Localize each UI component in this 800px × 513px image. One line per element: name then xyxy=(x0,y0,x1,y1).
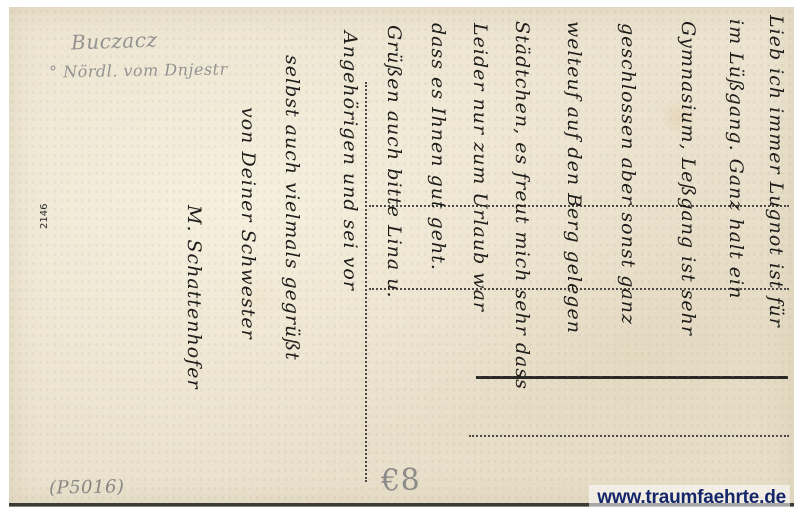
handwritten-line: Gymnasium, Leßgang ist sehr xyxy=(677,21,699,336)
printed-card-number: 2146 xyxy=(39,204,50,229)
postcard-back: Buczacz ° Nördl. vom Dnjestr 2146 Lieb i… xyxy=(9,7,794,506)
handwritten-line: von Deiner Schwester xyxy=(237,107,259,340)
pencil-reference-number: (P5016) xyxy=(49,476,125,498)
handwritten-line: welteuf auf den Berg gelegen xyxy=(563,21,585,334)
handwritten-line: im Lüßgang. Ganz halt ein xyxy=(725,19,747,299)
handwritten-line: Leider nur zum Urlaub war xyxy=(469,23,491,312)
handwritten-line: dass es Ihnen gut geht. xyxy=(427,23,449,271)
pencil-location-note: ° Nördl. vom Dnjestr xyxy=(49,59,228,81)
handwritten-line: Angehörigen und sei vor xyxy=(339,31,361,291)
handwritten-line: selbst auch vielmals gegrüßt xyxy=(281,55,303,361)
address-dotted-line-3 xyxy=(469,435,789,437)
pencil-price: €8 xyxy=(380,462,420,498)
vertical-dotted-divider xyxy=(365,82,367,482)
handwritten-line: geschlossen aber sonst ganz xyxy=(617,23,639,325)
pencil-place-name: Buczacz xyxy=(71,27,158,54)
handwritten-signature: M. Schattenhofer xyxy=(183,205,205,390)
watermark-url: www.traumfaehrte.de xyxy=(589,485,790,509)
handwritten-line: Städtchen, es freut mich sehr dass xyxy=(511,21,533,390)
handwritten-line: Grüßen auch bitte Lina u. xyxy=(383,25,405,299)
handwritten-line: Lieb ich immer Lugnot ist für xyxy=(765,15,787,328)
